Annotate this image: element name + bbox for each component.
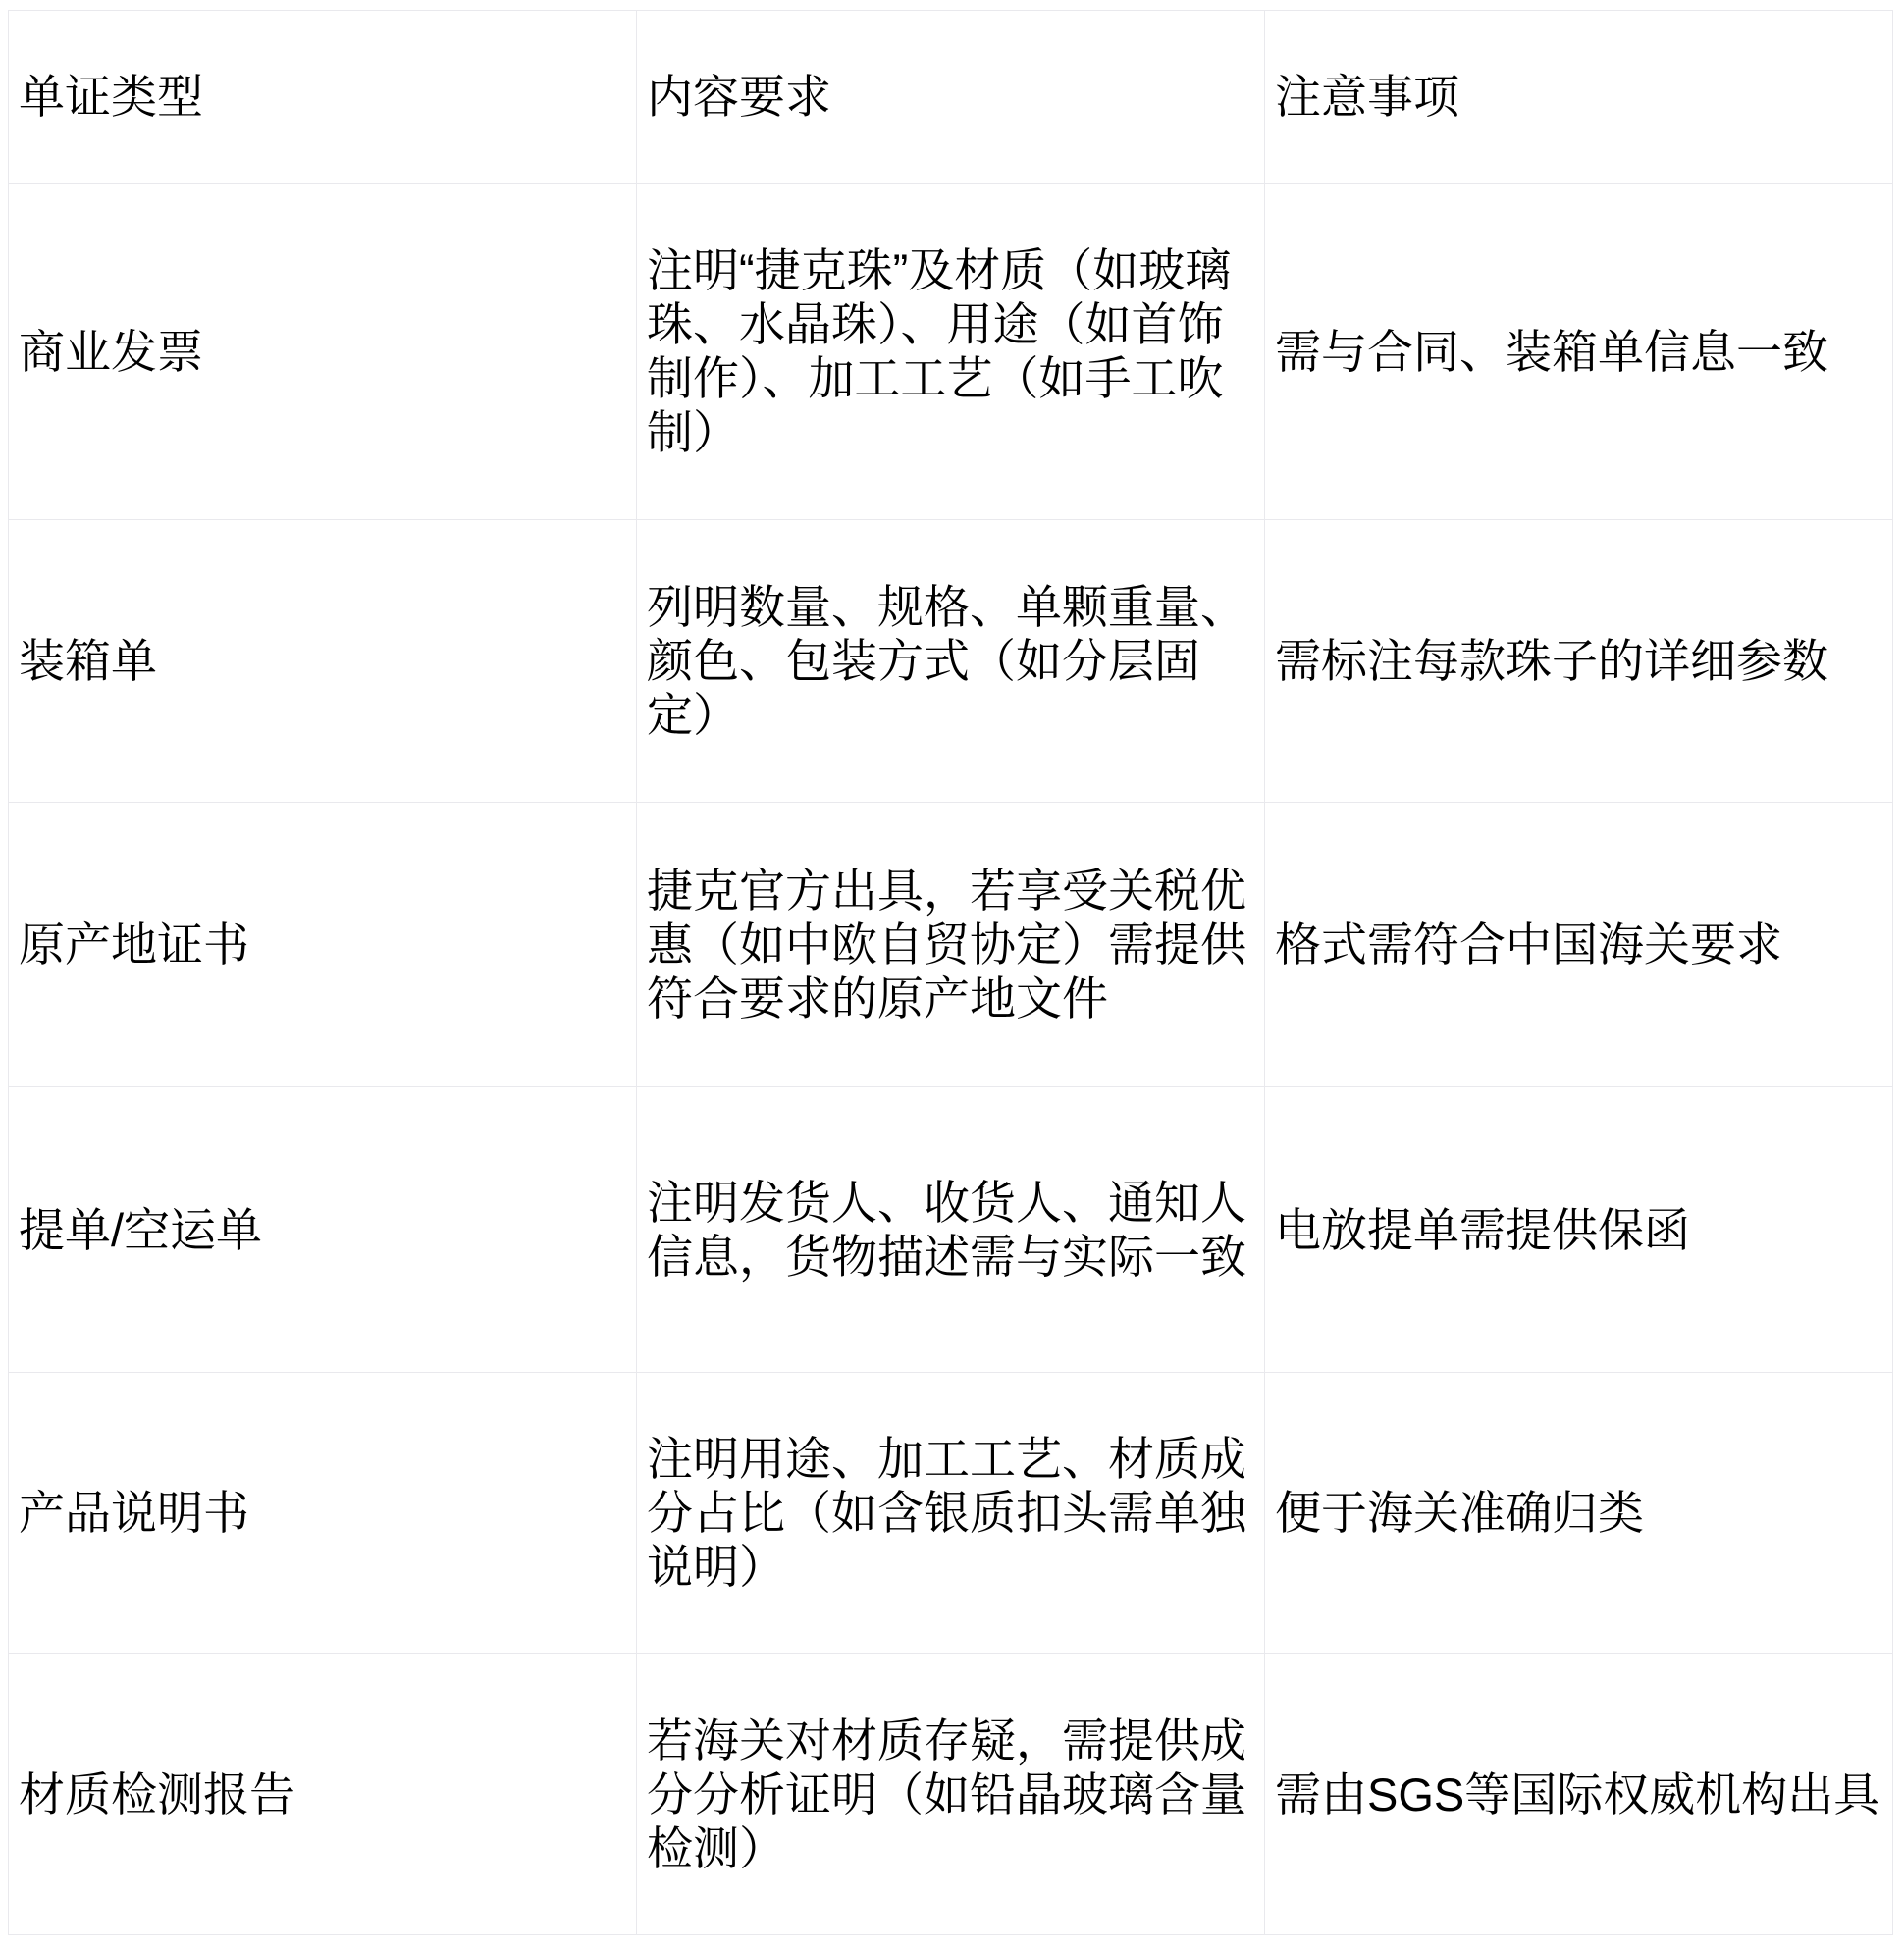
cell-notes: 格式需符合中国海关要求 [1265, 803, 1893, 1087]
cell-notes: 需标注每款珠子的详细参数 [1265, 520, 1893, 803]
table-row: 原产地证书 捷克官方出具，若享受关税优惠（如中欧自贸协定）需提供符合要求的原产地… [9, 803, 1893, 1087]
cell-doc-type: 提单/空运单 [9, 1087, 637, 1373]
cell-doc-type: 原产地证书 [9, 803, 637, 1087]
cell-doc-type: 装箱单 [9, 520, 637, 803]
table-body: 商业发票 注明“捷克珠”及材质（如玻璃珠、水晶珠）、用途（如首饰制作）、加工工艺… [9, 184, 1893, 1935]
header-row: 单证类型 内容要求 注意事项 [9, 11, 1893, 184]
cell-notes: 需由SGS等国际权威机构出具 [1265, 1654, 1893, 1935]
cell-notes: 便于海关准确归类 [1265, 1373, 1893, 1654]
header-cell-notes: 注意事项 [1265, 11, 1893, 184]
cell-doc-type: 材质检测报告 [9, 1654, 637, 1935]
cell-content-req: 注明用途、加工工艺、材质成分占比（如含银质扣头需单独说明） [637, 1373, 1265, 1654]
header-cell-content-req: 内容要求 [637, 11, 1265, 184]
cell-content-req: 若海关对材质存疑，需提供成分分析证明（如铅晶玻璃含量检测） [637, 1654, 1265, 1935]
cell-doc-type: 商业发票 [9, 184, 637, 520]
documents-table: 单证类型 内容要求 注意事项 商业发票 注明“捷克珠”及材质（如玻璃珠、水晶珠）… [8, 10, 1893, 1935]
table-header: 单证类型 内容要求 注意事项 [9, 11, 1893, 184]
table-row: 产品说明书 注明用途、加工工艺、材质成分占比（如含银质扣头需单独说明） 便于海关… [9, 1373, 1893, 1654]
cell-content-req: 注明“捷克珠”及材质（如玻璃珠、水晶珠）、用途（如首饰制作）、加工工艺（如手工吹… [637, 184, 1265, 520]
cell-content-req: 捷克官方出具，若享受关税优惠（如中欧自贸协定）需提供符合要求的原产地文件 [637, 803, 1265, 1087]
table-row: 材质检测报告 若海关对材质存疑，需提供成分分析证明（如铅晶玻璃含量检测） 需由S… [9, 1654, 1893, 1935]
table-row: 装箱单 列明数量、规格、单颗重量、颜色、包装方式（如分层固定） 需标注每款珠子的… [9, 520, 1893, 803]
header-cell-doc-type: 单证类型 [9, 11, 637, 184]
table-row: 提单/空运单 注明发货人、收货人、通知人信息，货物描述需与实际一致 电放提单需提… [9, 1087, 1893, 1373]
table-row: 商业发票 注明“捷克珠”及材质（如玻璃珠、水晶珠）、用途（如首饰制作）、加工工艺… [9, 184, 1893, 520]
cell-content-req: 注明发货人、收货人、通知人信息，货物描述需与实际一致 [637, 1087, 1265, 1373]
cell-content-req: 列明数量、规格、单颗重量、颜色、包装方式（如分层固定） [637, 520, 1265, 803]
cell-notes: 电放提单需提供保函 [1265, 1087, 1893, 1373]
cell-doc-type: 产品说明书 [9, 1373, 637, 1654]
cell-notes: 需与合同、装箱单信息一致 [1265, 184, 1893, 520]
page: 单证类型 内容要求 注意事项 商业发票 注明“捷克珠”及材质（如玻璃珠、水晶珠）… [0, 0, 1904, 1946]
